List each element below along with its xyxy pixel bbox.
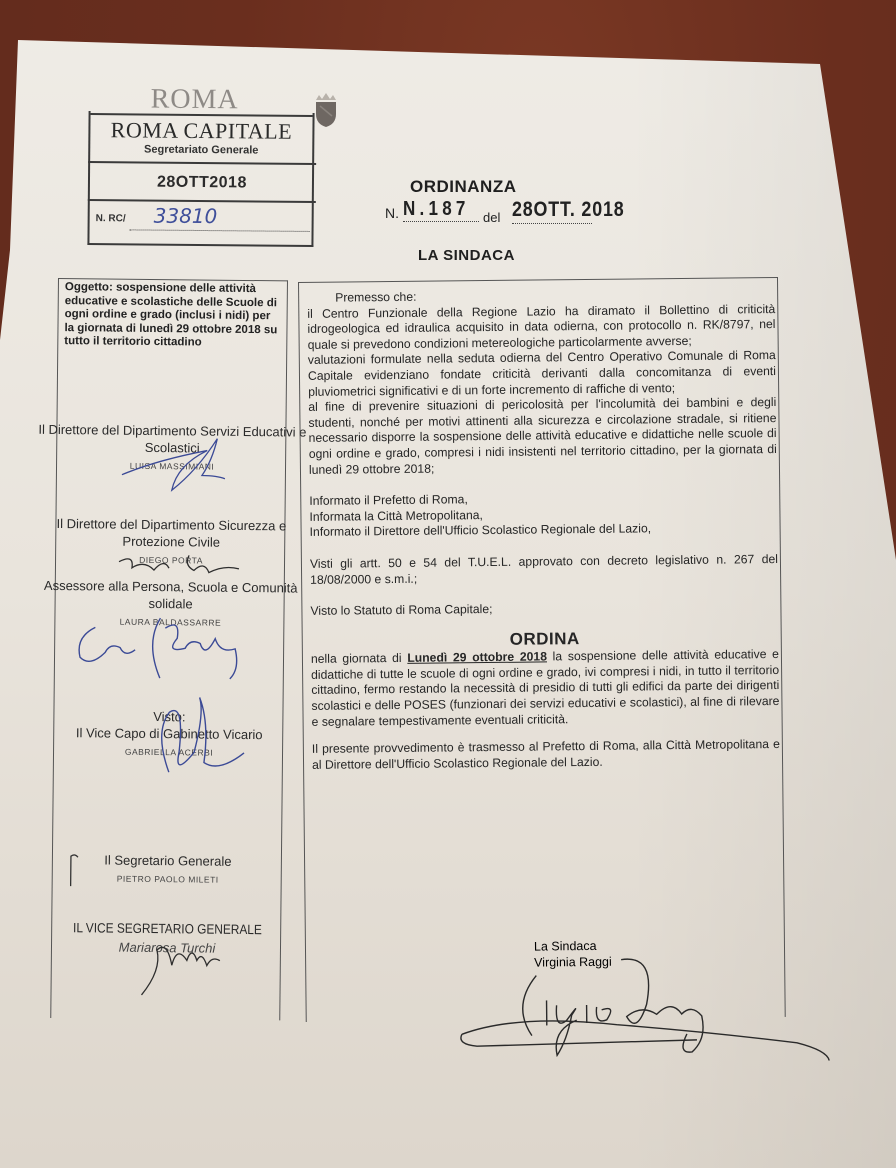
ordinanza-date-label: del — [483, 210, 500, 225]
signatory-name: Gabriella Acerbi — [34, 743, 304, 763]
signatory-role: Il Direttore del Dipartimento Servizi Ed… — [38, 422, 306, 456]
ordinance-body-column: Premesso che: il Centro Funzionale della… — [298, 277, 786, 1022]
signatory-3: Assessore alla Persona, Scuola e Comunit… — [35, 577, 306, 633]
body-paragraph-2: valutazioni formulate nella seduta odier… — [308, 348, 776, 400]
stamp-department: Segretariato Generale — [90, 143, 312, 157]
number-dotted-line — [403, 221, 479, 222]
signatory-2: Il Direttore del Dipartimento Sicurezza … — [36, 515, 307, 571]
visto-label: Visto: — [153, 709, 185, 724]
signatory-name: Diego Porta — [36, 551, 306, 571]
mayor-signature-scribble-icon — [456, 942, 837, 1066]
signatory-role: Il Direttore del Dipartimento Sicurezza … — [56, 516, 286, 550]
mayor-title: La Sindaca — [534, 938, 612, 955]
authority-heading: LA SINDACA — [418, 247, 515, 264]
stamp-roma-capitale: ROMA CAPITALE — [90, 113, 312, 145]
signatory-role: IL VICE SEGRETARIO GENERALE — [73, 919, 262, 938]
roma-crest-icon — [313, 92, 339, 128]
trasmesso-paragraph: Il presente provvedimento è trasmesso al… — [312, 737, 780, 773]
ordina-date: Lunedì 29 ottobre 2018 — [407, 650, 547, 665]
stamp-protocol-label: N. RC/ — [96, 213, 126, 224]
date-dotted-line — [512, 223, 592, 224]
signatory-name: Luisa Massimiani — [37, 457, 307, 477]
ordina-heading: ORDINA — [311, 629, 779, 649]
signatory-role: Il Vice Capo di Gabinetto Vicario — [76, 725, 263, 742]
ordina-paragraph: nella giornata di Lunedì 29 ottobre 2018… — [311, 647, 780, 730]
signatory-5: Il Segretario Generale Pietro Paolo Mile… — [33, 851, 303, 890]
signatory-6: IL VICE SEGRETARIO GENERALE Mariarosa Tu… — [32, 919, 302, 958]
stamp-roma-faint: ROMA — [151, 84, 239, 117]
ordinanza-number: N.187 — [403, 198, 470, 221]
signatory-role: Assessore alla Persona, Scuola e Comunit… — [44, 578, 298, 612]
signatory-role: Il Segretario Generale — [104, 853, 231, 869]
signatories-column: Oggetto: sospensione delle attività educ… — [50, 278, 288, 1020]
stamp-date: 28OTT2018 — [88, 161, 316, 203]
ordina-text-pre: nella giornata di — [311, 651, 408, 666]
visti-articoli: Visti gli artt. 50 e 54 del T.U.E.L. app… — [310, 552, 778, 588]
body-paragraph-3: al fine di prevenire situazioni di peric… — [308, 395, 777, 478]
ordinanza-title: ORDINANZA — [410, 177, 517, 197]
body-paragraph-1: il Centro Funzionale della Regione Lazio… — [307, 302, 775, 354]
stamp-protocol-number: 33810 — [154, 204, 218, 229]
signatory-name: Laura Baldassarre — [35, 613, 305, 633]
ordinanza-number-label: N. — [385, 205, 399, 221]
mayor-name: Virginia Raggi — [534, 954, 612, 971]
signatory-4: Visto: Il Vice Capo di Gabinetto Vicario… — [34, 707, 305, 763]
signatory-1: Il Direttore del Dipartimento Servizi Ed… — [37, 421, 308, 477]
signatory-name: Pietro Paolo Mileti — [33, 870, 303, 890]
protocol-stamp: ROMA ROMA CAPITALE Segretariato Generale… — [87, 111, 314, 247]
ordinanza-date: 28OTT. 2018 — [512, 198, 625, 222]
stamp-dotted-line — [130, 229, 310, 232]
document-paper: ROMA ROMA CAPITALE Segretariato Generale… — [0, 0, 896, 1168]
mayor-signature-block: La Sindaca Virginia Raggi — [534, 938, 612, 971]
subject-text: Oggetto: sospensione delle attività educ… — [64, 281, 279, 351]
signatory-name: Mariarosa Turchi — [32, 938, 302, 958]
